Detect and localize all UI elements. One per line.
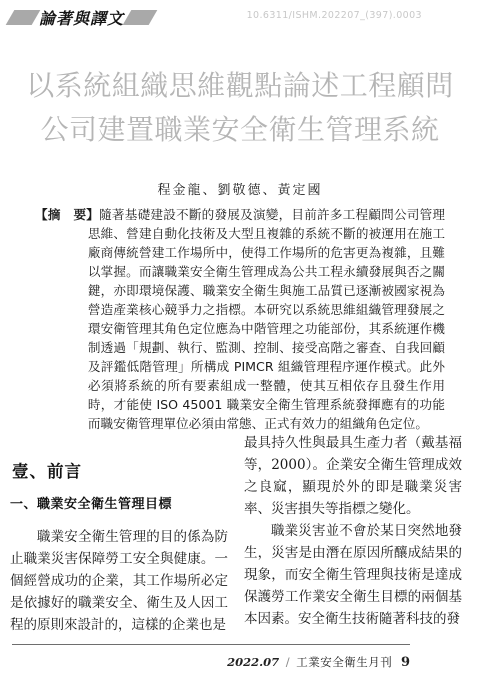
category-label: 論著與譯文 [39,6,124,29]
page-number: 9 [401,655,410,670]
section-heading: 壹、前言 [12,461,228,483]
badge-parallelogram-right-icon [123,10,158,25]
body-paragraph: 職業災害並不會於某日突然地發生，災害是由潛在原因所釀成結果的現象，而安全衛生管理… [244,520,462,630]
authors: 程金龍、劉敬德、黃定國 [0,179,480,198]
issue-date: 2022.07 [227,655,279,669]
abstract-text: 隨著基礎建設不斷的發展及演變，目前許多工程顧問公司管理思維、營建自動化技術及大型… [88,207,445,431]
left-column: 壹、前言 一、職業安全衛生管理目標 職業安全衛生管理的目的係為防止職業災害保障勞… [10,432,228,636]
right-column: 最具持久性與最具生產力者（戴基福等，2000）。企業安全衛生管理成效之良窳，顯現… [244,432,462,636]
abstract-label: 【摘 要】 [35,207,99,222]
page-footer: 2022.07 / 工業安全衛生月刊 9 [12,644,410,670]
article-title-line-2: 公司建置職業安全衛生管理系統 [0,108,480,152]
footer-separator: / [286,655,290,669]
journal-name: 工業安全衛生月刊 [296,655,392,669]
subsection-heading: 一、職業安全衛生管理目標 [10,494,228,516]
doi-text: 10.6311/ISHM.202207_(397).0003 [247,10,422,21]
abstract: 【摘 要】隨著基礎建設不斷的發展及演變，目前許多工程顧問公司管理思維、營建自動化… [35,205,445,433]
article-title: 以系統組織思維觀點論述工程顧問 公司建置職業安全衛生管理系統 [0,64,480,152]
body-columns: 壹、前言 一、職業安全衛生管理目標 職業安全衛生管理的目的係為防止職業災害保障勞… [10,432,462,636]
footer-divider [12,644,410,645]
body-paragraph: 最具持久性與最具生產力者（戴基福等，2000）。企業安全衛生管理成效之良窳，顯現… [244,432,462,520]
article-title-line-1: 以系統組織思維觀點論述工程顧問 [0,64,480,108]
footer-text: 2022.07 / 工業安全衛生月刊 9 [12,654,410,670]
category-badge: 論著與譯文 [10,7,153,27]
badge-parallelogram-left-icon [6,10,41,25]
journal-page: 論著與譯文 10.6311/ISHM.202207_(397).0003 以系統… [0,0,480,680]
body-paragraph: 職業安全衛生管理的目的係為防止職業災害保障勞工安全與健康。一個經營成功的企業，其… [10,526,228,636]
